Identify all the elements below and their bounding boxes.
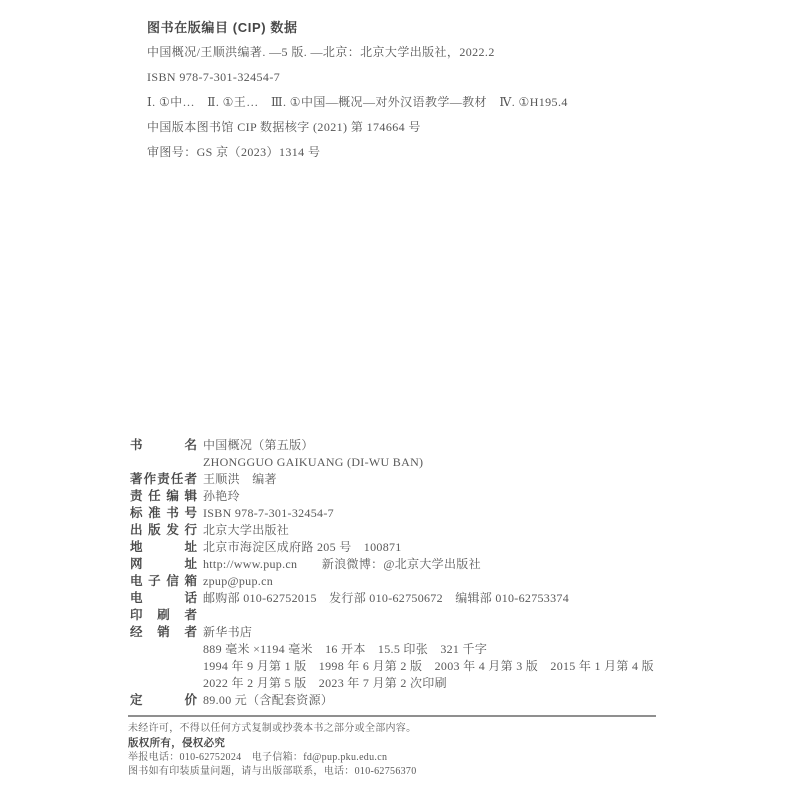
colophon-field-value: 孙艳玲 [203,488,240,505]
colophon-field-value: 王顺洪 编著 [203,471,277,488]
colophon-field-label: 地址 [130,539,197,556]
colophon-row: 2022 年 2 月第 5 版 2023 年 7 月第 2 次印刷 [130,675,660,692]
colophon-field-label: 出版发行 [130,522,197,539]
colophon-field-label: 电话 [130,590,197,607]
colophon-block: 书名中国概况（第五版）ZHONGGUO GAIKUANG (DI-WU BAN)… [130,437,660,709]
colophon-field-value: ISBN 978-7-301-32454-7 [203,505,334,522]
colophon-field-label: 书名 [130,437,197,454]
colophon-field-label: 定价 [130,692,197,709]
cip-line: Ⅰ. ①中… Ⅱ. ①王… Ⅲ. ①中国—概况—对外汉语教学—教材 Ⅳ. ①H1… [147,96,667,109]
cip-line: 中国概况/王顺洪编著. —5 版. —北京：北京大学出版社，2022.2 [147,46,667,59]
cip-title: 图书在版编目 (CIP) 数据 [147,21,667,35]
colophon-field-label: 印刷者 [130,607,197,624]
colophon-field-value: ZHONGGUO GAIKUANG (DI-WU BAN) [203,454,423,471]
colophon-field-label: 责任编辑 [130,488,197,505]
notice-line: 举报电话：010-62752024 电子信箱：fd@pup.pku.edu.cn [128,751,658,765]
notice-line: 未经许可，不得以任何方式复制或抄袭本书之部分或全部内容。 [128,722,658,736]
colophon-field-label: 经销者 [130,624,197,641]
colophon-row: 责任编辑孙艳玲 [130,488,660,505]
colophon-row: 地址北京市海淀区成府路 205 号 100871 [130,539,660,556]
colophon-field-value: 北京大学出版社 [203,522,289,539]
colophon-row: 著作责任者王顺洪 编著 [130,471,660,488]
colophon-row: 定价89.00 元（含配套资源） [130,692,660,709]
colophon-row: 889 毫米 ×1194 毫米 16 开本 15.5 印张 321 千字 [130,641,660,658]
colophon-row: 书名中国概况（第五版） [130,437,660,454]
colophon-row: 电子信箱zpup@pup.cn [130,573,660,590]
colophon-field-value: 中国概况（第五版） [203,437,314,454]
colophon-row: 标准书号ISBN 978-7-301-32454-7 [130,505,660,522]
copyright-notice-block: 未经许可，不得以任何方式复制或抄袭本书之部分或全部内容。版权所有，侵权必究举报电… [128,722,658,779]
colophon-field-value: 新华书店 [203,624,252,641]
colophon-field-label: 网址 [130,556,197,573]
colophon-row: 网址http://www.pup.cn 新浪微博：@北京大学出版社 [130,556,660,573]
piracy-warning: 版权所有，侵权必究 [128,736,658,750]
colophon-field-value: zpup@pup.cn [203,573,273,590]
colophon-field-label: 著作责任者 [130,471,197,488]
colophon-field-value: 889 毫米 ×1194 毫米 16 开本 15.5 印张 321 千字 [203,641,487,658]
colophon-field-label: 标准书号 [130,505,197,522]
divider-rule [128,715,656,717]
colophon-row: 出版发行北京大学出版社 [130,522,660,539]
cip-lines: 中国概况/王顺洪编著. —5 版. —北京：北京大学出版社，2022.2ISBN… [147,46,667,159]
colophon-field-value: 89.00 元（含配套资源） [203,692,333,709]
colophon-field-value: 1994 年 9 月第 1 版 1998 年 6 月第 2 版 2003 年 4… [203,658,654,675]
colophon-row: 经销者新华书店 [130,624,660,641]
colophon-field-value: 北京市海淀区成府路 205 号 100871 [203,539,402,556]
colophon-field-value: 邮购部 010-62752015 发行部 010-62750672 编辑部 01… [203,590,569,607]
cip-line: ISBN 978-7-301-32454-7 [147,71,667,84]
cip-line: 审图号：GS 京（2023）1314 号 [147,146,667,159]
colophon-row: ZHONGGUO GAIKUANG (DI-WU BAN) [130,454,660,471]
colophon-field-value: http://www.pup.cn 新浪微博：@北京大学出版社 [203,556,481,573]
colophon-row: 1994 年 9 月第 1 版 1998 年 6 月第 2 版 2003 年 4… [130,658,660,675]
colophon-row: 印刷者 [130,607,660,624]
cip-line: 中国版本图书馆 CIP 数据核字 (2021) 第 174664 号 [147,121,667,134]
colophon-field-value: 2022 年 2 月第 5 版 2023 年 7 月第 2 次印刷 [203,675,447,692]
book-copyright-page: 图书在版编目 (CIP) 数据 中国概况/王顺洪编著. —5 版. —北京：北京… [0,0,800,800]
colophon-row: 电话邮购部 010-62752015 发行部 010-62750672 编辑部 … [130,590,660,607]
cip-data-block: 图书在版编目 (CIP) 数据 中国概况/王顺洪编著. —5 版. —北京：北京… [147,21,667,171]
colophon-field-label: 电子信箱 [130,573,197,590]
notice-line: 图书如有印装质量问题，请与出版部联系，电话：010-62756370 [128,765,658,779]
